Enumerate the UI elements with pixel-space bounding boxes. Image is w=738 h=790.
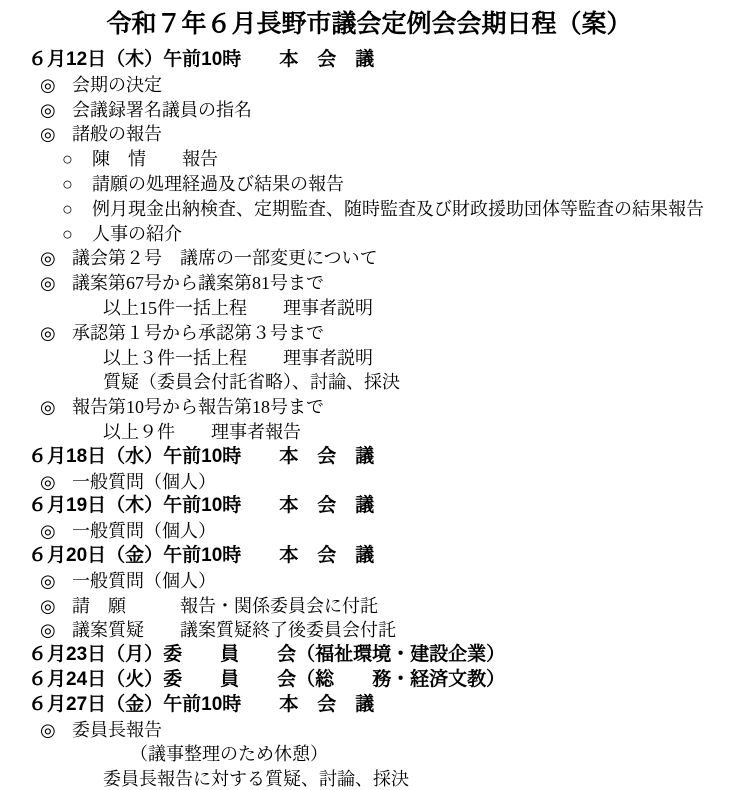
council-schedule-document: 令和７年６月長野市議会定例会会期日程（案） ６月12日（木）午前10時 本 会 … xyxy=(0,0,738,790)
schedule-item: ◎会議録署名議員の指名 xyxy=(0,98,738,123)
item-text: 以上９件 理事者報告 xyxy=(103,422,301,442)
item-text: 議案第67号から議案第81号まで xyxy=(72,273,324,293)
schedule-item: 以上３件一括上程 理事者説明 xyxy=(0,346,738,371)
item-text: 請願の処理経過及び結果の報告 xyxy=(92,174,344,194)
schedule-list: ６月12日（木）午前10時 本 会 議◎会期の決定◎会議録署名議員の指名◎諸般の… xyxy=(0,48,738,790)
schedule-item: ◎議案質疑 議案質疑終了後委員会付託 xyxy=(0,618,738,643)
item-text: 委員長報告に対する質疑、討論、採決 xyxy=(103,769,409,789)
double-circle-marker-icon: ◎ xyxy=(40,519,72,544)
item-text: 以上３件一括上程 理事者説明 xyxy=(103,348,373,368)
schedule-item: ◎一般質問（個人） xyxy=(0,519,738,544)
session-date-line: ６月18日（水）午前10時 本 会 議 xyxy=(0,445,738,470)
double-circle-marker-icon: ◎ xyxy=(40,718,72,743)
double-circle-marker-icon: ◎ xyxy=(40,122,72,147)
schedule-item: ◎委員長報告 xyxy=(0,718,738,743)
circle-marker-icon: ○ xyxy=(62,197,92,222)
item-text: 質疑（委員会付託省略）、討論、採決 xyxy=(103,372,400,392)
item-text: 例月現金出納検査、定期監査、随時監査及び財政援助団体等監査の結果報告 xyxy=(92,199,704,219)
item-text: 会議録署名議員の指名 xyxy=(72,100,252,120)
double-circle-marker-icon: ◎ xyxy=(40,321,72,346)
double-circle-marker-icon: ◎ xyxy=(40,271,72,296)
item-text: 一般質問（個人） xyxy=(72,521,216,541)
schedule-item: 委員長報告に対する質疑、討論、採決 xyxy=(0,767,738,790)
circle-marker-icon: ○ xyxy=(62,172,92,197)
double-circle-marker-icon: ◎ xyxy=(40,470,72,495)
double-circle-marker-icon: ◎ xyxy=(40,569,72,594)
circle-marker-icon: ○ xyxy=(62,222,92,247)
session-section: ６月24日（火）委 員 会（総 務・経済文教） xyxy=(0,668,738,693)
schedule-item: ◎承認第１号から承認第３号まで xyxy=(0,321,738,346)
schedule-item: ◎請 願 報告・関係委員会に付託 xyxy=(0,594,738,619)
double-circle-marker-icon: ◎ xyxy=(40,395,72,420)
circle-marker-icon: ○ xyxy=(62,147,92,172)
item-text: 一般質問（個人） xyxy=(72,571,216,591)
item-text: 委員長報告 xyxy=(72,720,162,740)
schedule-item: ◎議案第67号から議案第81号まで xyxy=(0,271,738,296)
item-text: 承認第１号から承認第３号まで xyxy=(72,323,324,343)
schedule-item: 以上15件一括上程 理事者説明 xyxy=(0,296,738,321)
schedule-item: ○例月現金出納検査、定期監査、随時監査及び財政援助団体等監査の結果報告 xyxy=(0,197,738,222)
item-text: 一般質問（個人） xyxy=(72,472,216,492)
item-text: 報告第10号から報告第18号まで xyxy=(72,397,324,417)
double-circle-marker-icon: ◎ xyxy=(40,73,72,98)
session-date-line: ６月19日（木）午前10時 本 会 議 xyxy=(0,494,738,519)
schedule-item: ◎一般質問（個人） xyxy=(0,569,738,594)
document-title: 令和７年６月長野市議会定例会会期日程（案） xyxy=(0,8,738,40)
double-circle-marker-icon: ◎ xyxy=(40,98,72,123)
session-section: ６月20日（金）午前10時 本 会 議◎一般質問（個人）◎請 願 報告・関係委員… xyxy=(0,544,738,643)
schedule-item: 以上９件 理事者報告 xyxy=(0,420,738,445)
item-text: 諸般の報告 xyxy=(72,124,162,144)
item-text: 会期の決定 xyxy=(72,75,162,95)
session-section: ６月27日（金）午前10時 本 会 議◎委員長報告（議事整理のため休憩）委員長報… xyxy=(0,693,738,790)
double-circle-marker-icon: ◎ xyxy=(40,594,72,619)
session-section: ６月23日（月）委 員 会（福祉環境・建設企業） xyxy=(0,643,738,668)
item-text: 議会第２号 議席の一部変更について xyxy=(72,248,378,268)
item-text: 議案質疑 議案質疑終了後委員会付託 xyxy=(72,620,396,640)
double-circle-marker-icon: ◎ xyxy=(40,246,72,271)
session-date-line: ６月23日（月）委 員 会（福祉環境・建設企業） xyxy=(0,643,738,668)
double-circle-marker-icon: ◎ xyxy=(40,618,72,643)
schedule-item: ◎一般質問（個人） xyxy=(0,470,738,495)
session-date-line: ６月27日（金）午前10時 本 会 議 xyxy=(0,693,738,718)
session-date-line: ６月20日（金）午前10時 本 会 議 xyxy=(0,544,738,569)
schedule-item: （議事整理のため休憩） xyxy=(0,742,738,767)
schedule-item: ○請願の処理経過及び結果の報告 xyxy=(0,172,738,197)
schedule-item: ◎報告第10号から報告第18号まで xyxy=(0,395,738,420)
session-date-line: ６月12日（木）午前10時 本 会 議 xyxy=(0,48,738,73)
session-section: ６月19日（木）午前10時 本 会 議◎一般質問（個人） xyxy=(0,494,738,544)
session-section: ６月12日（木）午前10時 本 会 議◎会期の決定◎会議録署名議員の指名◎諸般の… xyxy=(0,48,738,445)
session-date-line: ６月24日（火）委 員 会（総 務・経済文教） xyxy=(0,668,738,693)
item-text: 人事の紹介 xyxy=(92,224,182,244)
schedule-item: 質疑（委員会付託省略）、討論、採決 xyxy=(0,370,738,395)
item-text: 陳 情 報告 xyxy=(92,149,218,169)
session-section: ６月18日（水）午前10時 本 会 議◎一般質問（個人） xyxy=(0,445,738,495)
schedule-item: ◎諸般の報告 xyxy=(0,122,738,147)
item-text: 請 願 報告・関係委員会に付託 xyxy=(72,596,378,616)
item-text: （議事整理のため休憩） xyxy=(130,744,328,764)
item-text: 以上15件一括上程 理事者説明 xyxy=(103,298,373,318)
schedule-item: ◎会期の決定 xyxy=(0,73,738,98)
schedule-item: ○人事の紹介 xyxy=(0,222,738,247)
schedule-item: ○陳 情 報告 xyxy=(0,147,738,172)
schedule-item: ◎議会第２号 議席の一部変更について xyxy=(0,246,738,271)
